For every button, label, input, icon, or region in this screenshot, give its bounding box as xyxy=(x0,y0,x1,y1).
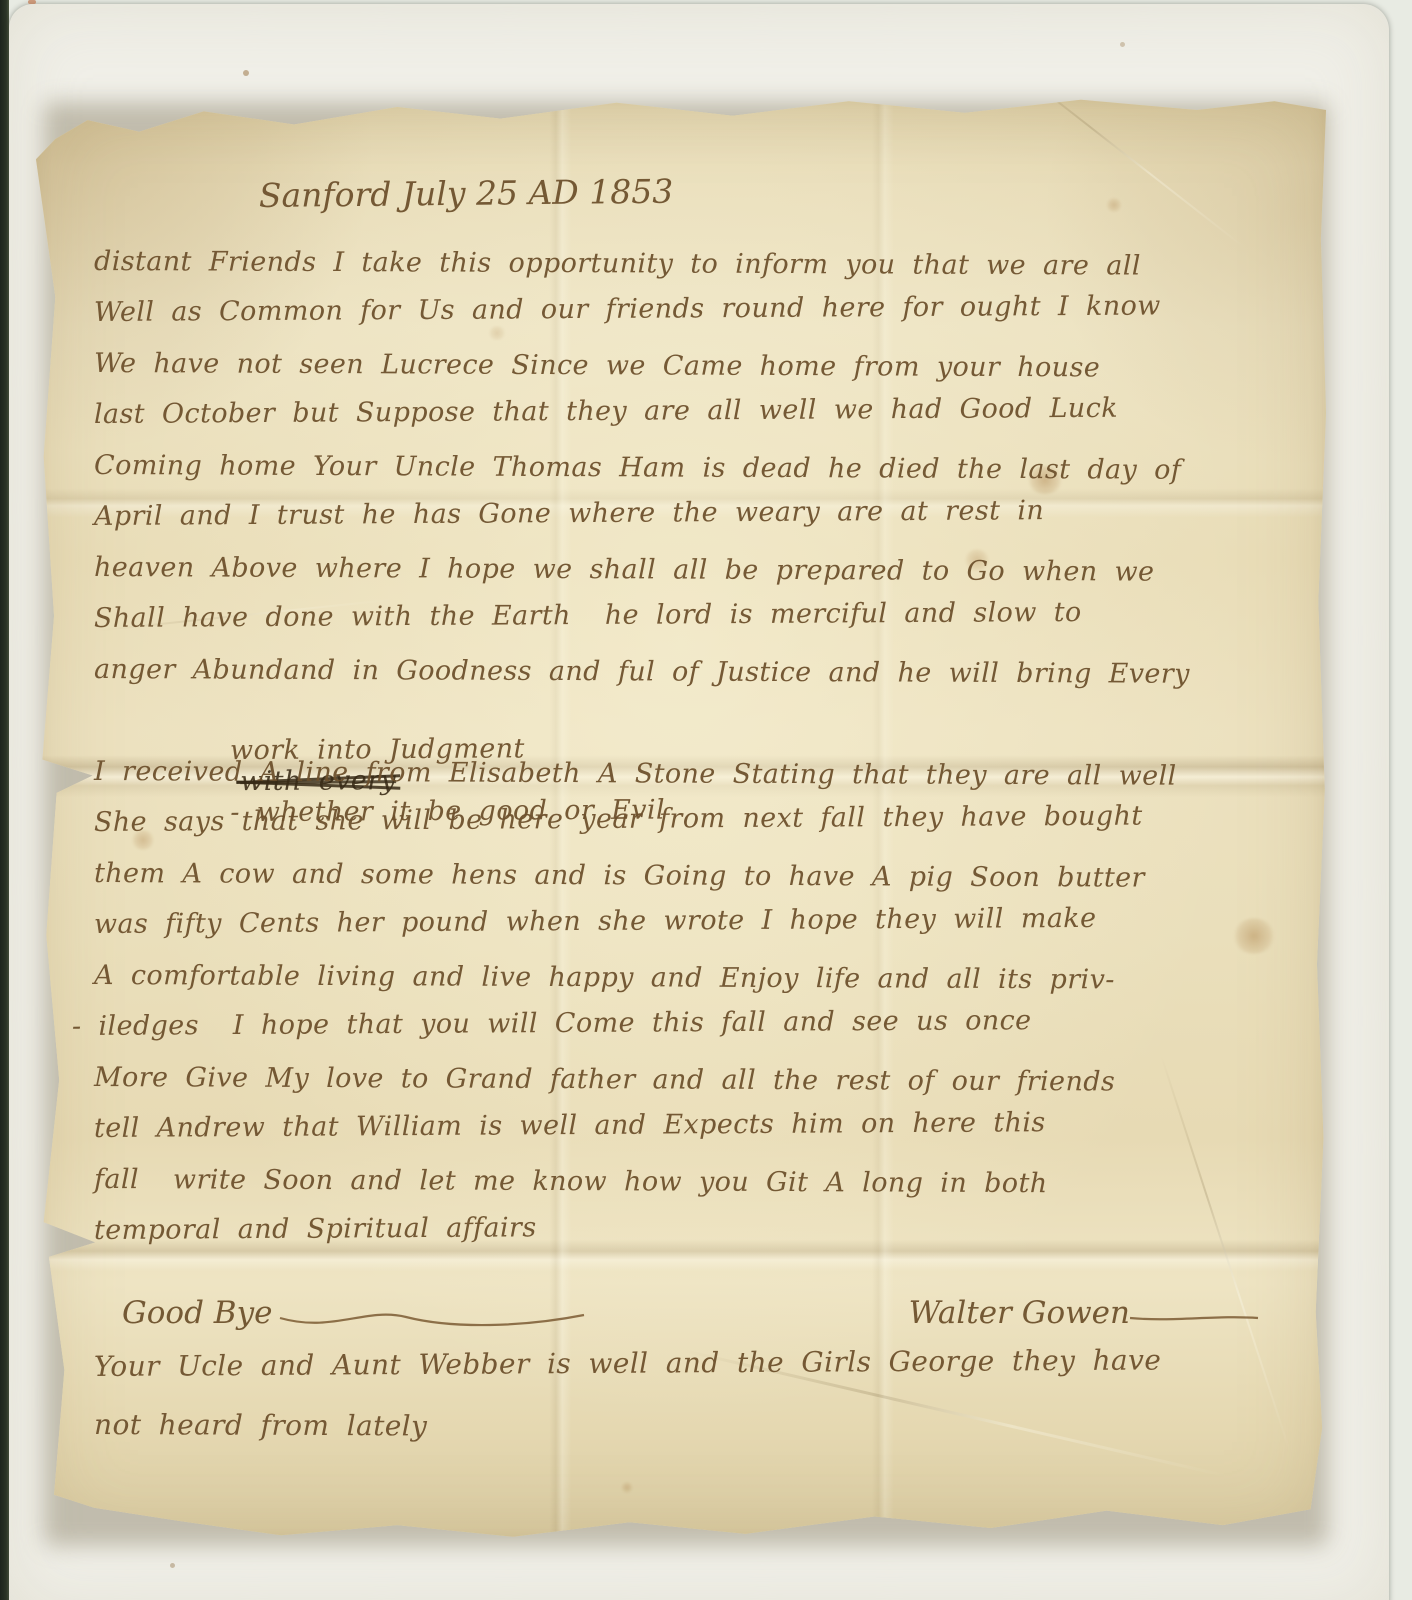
board-speck xyxy=(1120,42,1125,47)
letter-line-strikethrough: work into Judgment with every - whether … xyxy=(94,698,1306,756)
postscript-line: Your Ucle and Aunt Webber is well and th… xyxy=(94,1343,1306,1408)
letter-line: last October but Suppose that they are a… xyxy=(94,392,1306,450)
postscript-line: not heard from lately xyxy=(94,1408,1306,1471)
scanner-edge xyxy=(0,0,9,1600)
letter-line: temporal and Spiritual affairs xyxy=(94,1208,1306,1266)
letter-line: April and I trust he has Gone where the … xyxy=(94,494,1306,552)
letter-line: Shall have done with the Earth he lord i… xyxy=(94,596,1306,654)
letter-dateline: Sanford July 25 AD 1853 xyxy=(259,165,1307,246)
letter-line: Well as Common for Us and our friends ro… xyxy=(94,290,1306,348)
signature-name: Walter Gowen xyxy=(909,1295,1130,1331)
closing-row: Good Bye Walter Gowen xyxy=(94,1276,1306,1350)
pen-flourish-stroke xyxy=(278,1305,588,1335)
letter-line: was fifty Cents her pound when she wrote… xyxy=(94,902,1306,960)
stain xyxy=(621,1482,633,1493)
board-speck xyxy=(170,1563,175,1568)
signature-dash-stroke xyxy=(1130,1305,1260,1331)
letter-content: Sanford July 25 AD 1853 distant Friends … xyxy=(94,164,1306,1466)
letter-line: tell Andrew that William is well and Exp… xyxy=(94,1106,1306,1164)
letter-paper: Sanford July 25 AD 1853 distant Friends … xyxy=(36,94,1326,1544)
board-speck xyxy=(243,70,249,76)
farewell-text: Good Bye xyxy=(122,1295,272,1331)
scanned-letter-image: Sanford July 25 AD 1853 distant Friends … xyxy=(0,0,1412,1600)
postscript: Your Ucle and Aunt Webber is well and th… xyxy=(94,1350,1306,1466)
letter-line: - iledges I hope that you will Come this… xyxy=(72,1003,1306,1062)
letter-line: She says that she will be here year from… xyxy=(94,800,1306,858)
scanner-artifact xyxy=(28,0,36,4)
